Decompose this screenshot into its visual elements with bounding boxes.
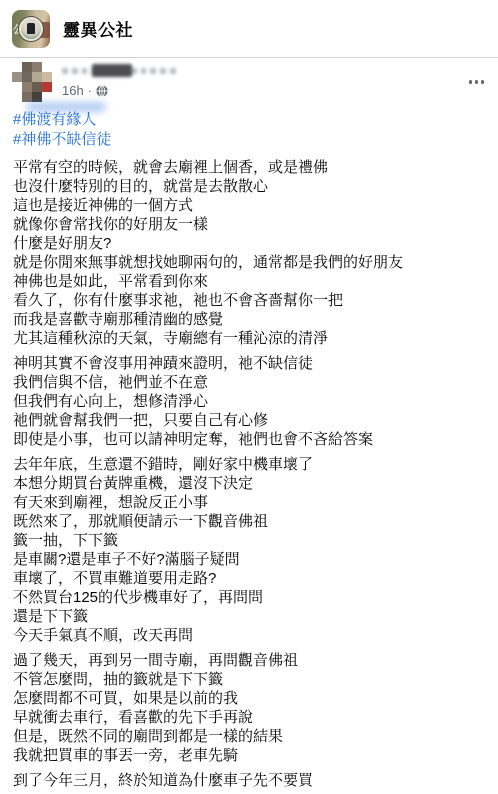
post-text-line: 車壞了，不買車難道要用走路? [13, 569, 485, 588]
post-text-line: 到了今年三月，終於知道為什麼車子先不要買 [13, 771, 485, 790]
post-text-line: 什麼是好朋友? [13, 234, 485, 253]
avatar-mosaic-cell [32, 92, 42, 102]
post-text-line: 祂們就會幫我們一把，只要自己有心修 [13, 411, 485, 430]
avatar-mosaic-cell [32, 82, 42, 92]
post-text-line: 不管怎麼問，抽的籤就是下下籤 [13, 670, 485, 689]
avatar-mosaic-cell [42, 62, 52, 72]
facebook-group-post-screen: 公 靈異公社 16h · [0, 0, 498, 794]
avatar-mosaic-cell [22, 82, 32, 92]
post-text-line: 早就衝去車行，看喜歡的先下手再說 [13, 708, 485, 727]
post-text-line: 怎麼問都不可買，如果是以前的我 [13, 689, 485, 708]
group-title[interactable]: 靈異公社 [63, 16, 133, 41]
post-text-line: 而我是喜歡寺廟那種清幽的感覺 [13, 310, 485, 329]
post-text-line: 過了幾天，再到另一間寺廟，再問觀音佛祖 [13, 651, 485, 670]
post-body: #佛渡有緣人#神佛不缺信徒 平常有空的時候，就會去廟裡上個香，或是禮佛也沒什麼特… [0, 102, 498, 790]
more-options-button[interactable] [467, 74, 487, 90]
post-text-line: 神佛也是如此，平常看到你來 [13, 272, 485, 291]
avatar-mosaic-cell [22, 62, 32, 72]
post-text-line: 有天來到廟裡，想說反正小事 [13, 493, 485, 512]
post-text-line: 就是你閒來無事就想找她聊兩句的，通常都是我們的好朋友 [13, 253, 485, 272]
hashtag-block: #佛渡有緣人#神佛不缺信徒 [13, 110, 485, 150]
group-header: 公 靈異公社 [0, 0, 498, 58]
avatar-mosaic-cell [22, 72, 32, 82]
post-header: 16h · [0, 58, 498, 102]
hashtag-link[interactable]: #佛渡有緣人 [13, 110, 485, 130]
post-paragraph: 神明其實不會沒事用神蹟來證明，祂不缺信徒我們信與不信，祂們並不在意但我們有心向上… [13, 354, 485, 449]
post-text-line: 本想分期買台黃牌重機，還沒下決定 [13, 474, 485, 493]
post-text-line: 不然買台125的代步機車好了，再問問 [13, 588, 485, 607]
group-avatar[interactable]: 公 [12, 10, 50, 48]
hashtag-link[interactable]: #神佛不缺信徒 [13, 130, 485, 150]
avatar-mosaic-cell [12, 72, 22, 82]
meta-separator: · [88, 83, 92, 98]
post-text-line: 還是下下籤 [13, 607, 485, 626]
post-paragraph: 平常有空的時候，就會去廟裡上個香，或是禮佛也沒什麼特別的目的，就當是去散散心這也… [13, 158, 485, 348]
post-text-line: 這也是接近神佛的一個方式 [13, 196, 485, 215]
post-timestamp[interactable]: 16h [62, 83, 84, 98]
author-name-redacted[interactable] [62, 64, 180, 78]
avatar-mosaic-cell [12, 62, 22, 72]
post-paragraph: 到了今年三月，終於知道為什麼車子先不要買 [13, 771, 485, 790]
post-text-line: 但我們有心向上，想修清淨心 [13, 392, 485, 411]
post-paragraph: 去年年底，生意還不錯時，剛好家中機車壞了本想分期買台黃牌重機，還沒下決定有天來到… [13, 455, 485, 645]
post-text-line: 即使是小事，也可以請神明定奪，祂們也會不吝給答案 [13, 430, 485, 449]
avatar-mosaic-cell [42, 92, 52, 102]
post-card: 16h · #佛渡有緣人#神佛不缺信徒 平常有空的時候 [0, 58, 498, 790]
post-text-line: 今天手氣真不順，改天再問 [13, 626, 485, 645]
post-text-line: 籤一抽，下下籤 [13, 531, 485, 550]
post-text-line: 就像你會常找你的好朋友一樣 [13, 215, 485, 234]
post-text: 平常有空的時候，就會去廟裡上個香，或是禮佛也沒什麼特別的目的，就當是去散散心這也… [13, 158, 485, 790]
post-text-line: 既然來了，那就順便請示一下觀音佛祖 [13, 512, 485, 531]
avatar-mosaic-cell [32, 72, 42, 82]
post-text-line: 是車關?還是車子不好?滿腦子疑問 [13, 550, 485, 569]
avatar-mosaic-cell [12, 92, 22, 102]
avatar-mosaic-cell [12, 82, 22, 92]
author-meta: 16h · [62, 62, 467, 98]
post-text-line: 尤其這種秋涼的天氣，寺廟總有一種沁涼的清淨 [13, 329, 485, 348]
avatar-mosaic-cell [22, 92, 32, 102]
post-meta-row: 16h · [62, 83, 467, 98]
post-text-line: 去年年底，生意還不錯時，剛好家中機車壞了 [13, 455, 485, 474]
post-text-line: 我們信與不信，祂們並不在意 [13, 373, 485, 392]
post-text-line: 神明其實不會沒事用神蹟來證明，祂不缺信徒 [13, 354, 485, 373]
avatar-mosaic-cell [42, 72, 52, 82]
avatar-mosaic-cell [42, 82, 52, 92]
globe-icon [96, 85, 108, 97]
post-text-line: 看久了，你有什麼事求祂，祂也不會吝嗇幫你一把 [13, 291, 485, 310]
post-text-line: 也沒什麼特別的目的，就當是去散散心 [13, 177, 485, 196]
post-text-line: 平常有空的時候，就會去廟裡上個香，或是禮佛 [13, 158, 485, 177]
post-text-line: 我就把買車的事丟一旁，老車先騎 [13, 746, 485, 765]
avatar-mosaic-cell [32, 62, 42, 72]
post-paragraph: 過了幾天，再到另一間寺廟，再問觀音佛祖不管怎麼問，抽的籤就是下下籤怎麼問都不可買… [13, 651, 485, 765]
author-avatar[interactable] [12, 62, 52, 102]
post-text-line: 但是，既然不同的廟問到都是一樣的結果 [13, 727, 485, 746]
group-emblem-icon [19, 17, 43, 41]
